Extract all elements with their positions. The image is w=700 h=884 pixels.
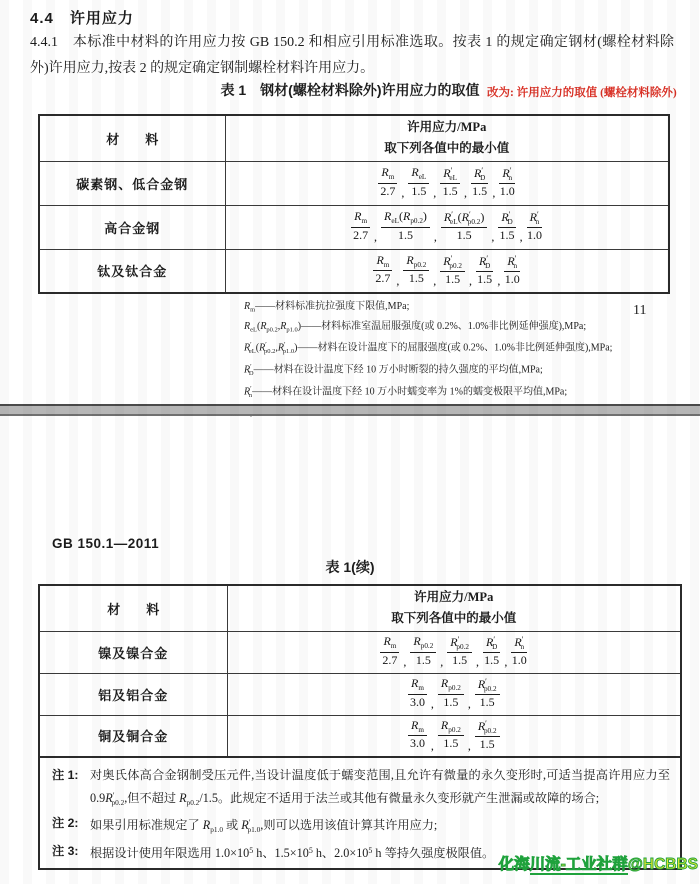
formula-fraction: R′p0.21.5 — [447, 635, 472, 668]
page-number: 11 — [633, 303, 646, 319]
formula-cell: Rm2.7,ReL1.5,R′eL1.5,R′D1.5,R′n1.0 — [225, 161, 669, 205]
material-cell: 铜及铜合金 — [39, 715, 227, 757]
formula-cell: Rm2.7,Rp0.21.5,R′p0.21.5,R′D1.5,R′n1.0 — [227, 631, 681, 673]
formula-fraction: Rm2.7 — [351, 210, 370, 242]
material-cell: 碳素钢、低合金钢 — [39, 161, 225, 205]
col-header-material: 材 料 — [39, 585, 227, 631]
note-line: 注 2:如果引用标准规定了 Rp1.0 或 R′p1.0,则可以选用该值计算其许… — [52, 813, 670, 841]
watermark-text-pre: 化海 — [499, 856, 530, 873]
allowable-stress-table-1: 材 料 许用应力/MPa 取下列各值中的最小值 碳素钢、低合金钢Rm2.7,Re… — [38, 114, 670, 294]
stress-header-line2: 取下列各值中的最小值 — [226, 138, 669, 159]
watermark-text-underlined: 川流-工业社群 — [530, 856, 628, 875]
formula-fraction: R′p0.21.5 — [475, 677, 500, 710]
definition-line: ReL(Rp0.2,Rp1.0)——材料标准室温屈服强度(或 0.2%、1.0%… — [244, 319, 684, 339]
note-text: 如果引用标准规定了 Rp1.0 或 R′p1.0,则可以选用该值计算其许用应力; — [90, 818, 437, 832]
material-cell: 高合金钢 — [39, 205, 225, 249]
allowable-stress-table-1-continued: 材 料 许用应力/MPa 取下列各值中的最小值 镍及镍合金Rm2.7,Rp0.2… — [38, 584, 682, 758]
material-cell: 铝及铝合金 — [39, 673, 227, 715]
definition-line: R′D——材料在设计温度下经 10 万小时断裂的持久强度的平均值,MPa; — [244, 360, 684, 382]
section-heading: 4.4 许用应力 — [30, 7, 134, 28]
formula-fraction: R′D1.5 — [476, 254, 493, 287]
formula-fraction: R′p0.21.5 — [475, 719, 500, 752]
formula-fraction: Rp0.21.5 — [403, 254, 429, 286]
stress-header-line2: 取下列各值中的最小值 — [228, 608, 681, 629]
paragraph-4-4-1: 4.4.1 本标准中材料的许用应力按 GB 150.2 和相应引用标准选取。按表… — [30, 30, 674, 82]
formula-fraction: R′p0.21.5 — [440, 254, 465, 287]
note-line: 注 1:对奥氏体高合金钢制受压元件,当设计温度低于蠕变范围,且允许有微量的永久变… — [52, 765, 670, 813]
formula-fraction: Rp0.21.5 — [410, 635, 436, 667]
page-break-divider — [0, 404, 700, 416]
note-text: 根据设计使用年限选用 1.0×105 h、1.5×105 h、2.0×105 h… — [90, 846, 494, 860]
formula-fraction: Rm3.0 — [408, 719, 427, 751]
material-cell: 镍及镍合金 — [39, 631, 227, 673]
revision-annotation: 改为: 许用应力的取值 (螺栓材料除外) — [487, 84, 677, 100]
formula-fraction: Rm3.0 — [408, 677, 427, 709]
formula-fraction: ReL(Rp0.2)1.5 — [381, 210, 430, 242]
formula-fraction: R′n1.0 — [499, 166, 515, 199]
formula-fraction: R′D1.5 — [483, 635, 500, 668]
note-label: 注 1: — [52, 765, 78, 786]
formula-fraction: R′eL(R′p0.2)1.5 — [441, 210, 487, 243]
formula-fraction: Rm2.7 — [380, 635, 399, 667]
table-row: 铝及铝合金Rm3.0,Rp0.21.5,R′p0.21.5 — [39, 673, 681, 715]
formula-fraction: R′n1.0 — [504, 254, 520, 287]
watermark-text-post: @HCBBS — [628, 856, 698, 873]
definition-line: Rm——材料标准抗拉强度下限值,MPa; — [244, 299, 684, 319]
table-row: 镍及镍合金Rm2.7,Rp0.21.5,R′p0.21.5,R′D1.5,R′n… — [39, 631, 681, 673]
watermark: 化海川流-工业社群@HCBBS — [499, 852, 698, 874]
formula-fraction: R′D1.5 — [498, 210, 515, 243]
formula-fraction: ReL1.5 — [408, 166, 429, 198]
stress-header-line1: 许用应力/MPa — [228, 587, 681, 608]
note-label: 注 2: — [52, 813, 78, 834]
formula-fraction: R′n1.0 — [527, 210, 543, 243]
table-row: 高合金钢Rm2.7,ReL(Rp0.2)1.5,R′eL(R′p0.2)1.5,… — [39, 205, 669, 249]
col-header-stress: 许用应力/MPa 取下列各值中的最小值 — [225, 115, 669, 161]
material-cell: 钛及钛合金 — [39, 249, 225, 293]
formula-cell: Rm2.7,Rp0.21.5,R′p0.21.5,R′D1.5,R′n1.0 — [225, 249, 669, 293]
table-header-row: 材 料 许用应力/MPa 取下列各值中的最小值 — [39, 585, 681, 631]
table-row: 钛及钛合金Rm2.7,Rp0.21.5,R′p0.21.5,R′D1.5,R′n… — [39, 249, 669, 293]
table-row: 碳素钢、低合金钢Rm2.7,ReL1.5,R′eL1.5,R′D1.5,R′n1… — [39, 161, 669, 205]
table1-continued-caption: 表 1(续) — [0, 557, 700, 577]
formula-fraction: Rm2.7 — [378, 166, 397, 198]
note-label: 注 3: — [52, 841, 78, 862]
col-header-stress: 许用应力/MPa 取下列各值中的最小值 — [227, 585, 681, 631]
table-row: 铜及铜合金Rm3.0,Rp0.21.5,R′p0.21.5 — [39, 715, 681, 757]
definition-line: R′n——材料在设计温度下经 10 万小时蠕变率为 1%的蠕变极限平均值,MPa… — [244, 382, 684, 404]
formula-cell: Rm3.0,Rp0.21.5,R′p0.21.5 — [227, 673, 681, 715]
formula-cell: Rm2.7,ReL(Rp0.2)1.5,R′eL(R′p0.2)1.5,R′D1… — [225, 205, 669, 249]
formula-fraction: R′D1.5 — [471, 166, 488, 199]
formula-fraction: Rm2.7 — [373, 254, 392, 286]
formula-fraction: Rp0.21.5 — [438, 719, 464, 751]
table-header-row: 材 料 许用应力/MPa 取下列各值中的最小值 — [39, 115, 669, 161]
stress-header-line1: 许用应力/MPa — [226, 117, 669, 138]
formula-fraction: R′eL1.5 — [440, 166, 460, 199]
formula-fraction: R′n1.0 — [511, 635, 527, 668]
formula-cell: Rm3.0,Rp0.21.5,R′p0.21.5 — [227, 715, 681, 757]
definition-line: R′eL(R′p0.2,R′p1.0)——材料在设计温度下的屈服强度(或 0.2… — [244, 338, 684, 360]
scanned-standard-document: { "page1": { "section_heading": "4.4 许用应… — [0, 0, 700, 884]
formula-fraction: Rp0.21.5 — [438, 677, 464, 709]
standard-number-header: GB 150.1—2011 — [52, 536, 159, 551]
col-header-material: 材 料 — [39, 115, 225, 161]
note-text: 对奥氏体高合金钢制受压元件,当设计温度低于蠕变范围,且允许有微量的永久变形时,可… — [90, 768, 670, 805]
